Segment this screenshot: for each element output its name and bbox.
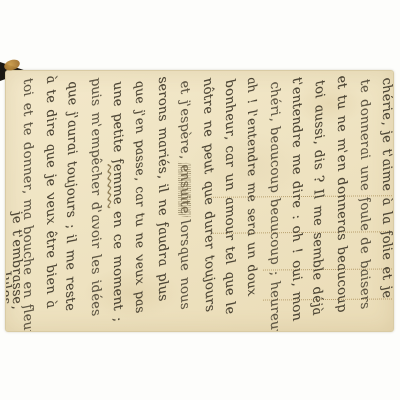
address-rule-line <box>263 268 394 270</box>
paper-stain <box>294 81 364 125</box>
handwriting-line: toi aussi, dis ? Il me semble déjà <box>310 78 326 318</box>
handwriting-line: et tu ne m'en donneras beaucoup <box>335 73 348 315</box>
handwriting-line: à te dire que je veux être bien à <box>44 73 57 311</box>
handwriting-segment: en ce moment ; <box>110 202 125 325</box>
wavy-underlined-word: femme <box>110 156 125 208</box>
handwriting-line: chérie, je t'aime à la folie et je <box>380 75 393 301</box>
handwriting-line: et j'espère, ensuite lorsque nous <box>178 78 191 312</box>
handwriting-segment: une petite <box>110 79 125 162</box>
handwriting-line: nôtre ne peut que durer toujours <box>201 75 216 315</box>
handwriting-line: une petite femme en ce moment ; <box>111 79 124 324</box>
handwriting-line: bonheur, car un amour tel que le <box>223 77 236 317</box>
address-rule-line <box>263 298 394 300</box>
handwriting-line: te donnerai une foule de baisers <box>358 77 371 312</box>
handwriting-segment: et j'espère, <box>177 78 192 168</box>
signature: Jules <box>5 269 12 307</box>
handwriting-line: serons mariés, il ne faudra plus <box>156 74 169 304</box>
scratched-out-word: ensuite <box>177 161 192 217</box>
postcard-scan: chérie, je t'aime à la folie et je te do… <box>0 0 400 400</box>
handwriting-line: t'entendre me dire : oh ! oui, mon <box>290 75 303 324</box>
handwriting-line: que j'en passe, car tu ne veux pas <box>134 77 147 315</box>
postcard-back: chérie, je t'aime à la folie et je te do… <box>5 70 394 332</box>
handwriting-line: chéri, beaucoup beaucoup ; heureux <box>268 79 281 332</box>
handwriting-line: ah ! l'entendre me sera un doux <box>246 74 259 298</box>
handwriting-line: que j'aurai toujours ; il me reste <box>63 78 79 314</box>
handwriting-line: puis m'empêcher d'avoir les idées <box>89 75 102 319</box>
handwriting-segment: lorsque nous <box>177 211 192 312</box>
